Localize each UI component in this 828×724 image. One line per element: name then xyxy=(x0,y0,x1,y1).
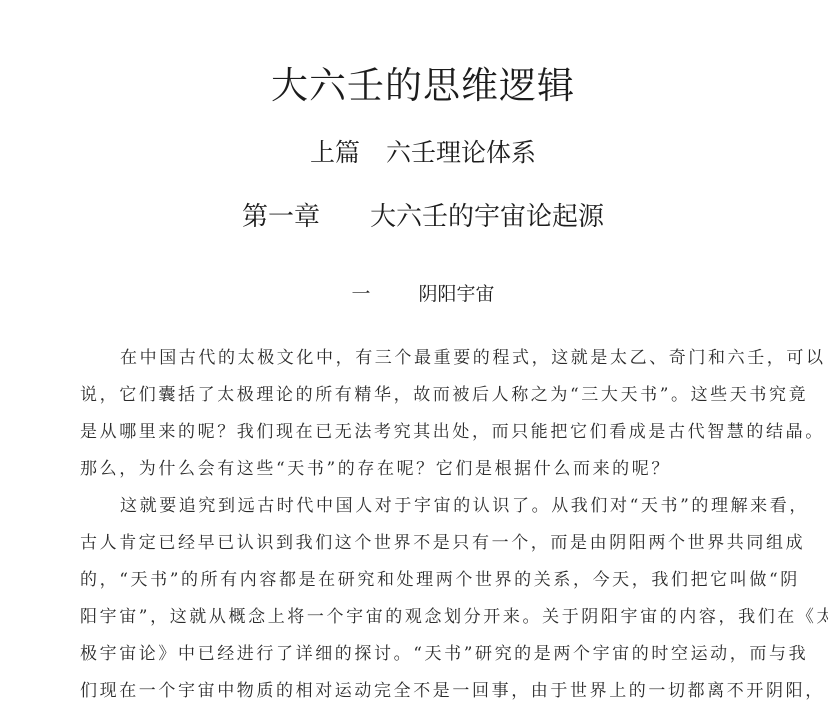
chapter-label: 第一章 xyxy=(242,202,320,232)
part-title: 上篇六壬理论体系 xyxy=(0,138,828,168)
document-page: 大六壬的思维逻辑 上篇六壬理论体系 第一章大六壬的宇宙论起源 一阴阳宇宙 在中国… xyxy=(0,0,828,724)
book-title: 大六壬的思维逻辑 xyxy=(0,64,828,108)
part-label: 上篇 xyxy=(310,138,360,167)
paragraph-line: 那么，为什么会有这些“天书”的存在呢？它们是根据什么而来的呢？ xyxy=(80,451,770,488)
section-number: 一 xyxy=(351,283,370,305)
paragraph-line: 的，“天书”的所有内容都是在研究和处理两个世界的关系，今天，我们把它叫做“阴 xyxy=(80,562,770,599)
paragraph-line: 们现在一个宇宙中物质的相对运动完全不是一回事，由于世界上的一切都离不开阴阳， xyxy=(80,673,770,710)
chapter-title: 第一章大六壬的宇宙论起源 xyxy=(0,201,828,233)
paragraph-line: 这就要追究到远古时代中国人对于宇宙的认识了。从我们对“天书”的理解来看， xyxy=(80,488,770,525)
paragraph-line: 古人肯定已经早已认识到我们这个世界不是只有一个，而是由阴阳两个世界共同组成 xyxy=(80,525,770,562)
body-text: 在中国古代的太极文化中，有三个最重要的程式，这就是太乙、奇门和六壬，可以 说，它… xyxy=(80,340,770,710)
part-name: 六壬理论体系 xyxy=(386,138,536,167)
paragraph-line: 极宇宙论》中已经进行了详细的探讨。“天书”研究的是两个宇宙的时空运动，而与我 xyxy=(80,636,770,673)
paragraph-line: 是从哪里来的呢？我们现在已无法考究其出处，而只能把它们看成是古代智慧的结晶。 xyxy=(80,414,770,451)
paragraph-line: 在中国古代的太极文化中，有三个最重要的程式，这就是太乙、奇门和六壬，可以 xyxy=(80,340,770,377)
section-title: 一阴阳宇宙 xyxy=(0,281,828,307)
section-name: 阴阳宇宙 xyxy=(419,283,495,305)
paragraph-line: 说，它们囊括了太极理论的所有精华，故而被后人称之为“三大天书”。这些天书究竟 xyxy=(80,377,770,414)
chapter-name: 大六壬的宇宙论起源 xyxy=(370,202,604,232)
paragraph-line: 阳宇宙”，这就从概念上将一个宇宙的观念划分开来。关于阴阳宇宙的内容，我们在《太 xyxy=(80,599,770,636)
